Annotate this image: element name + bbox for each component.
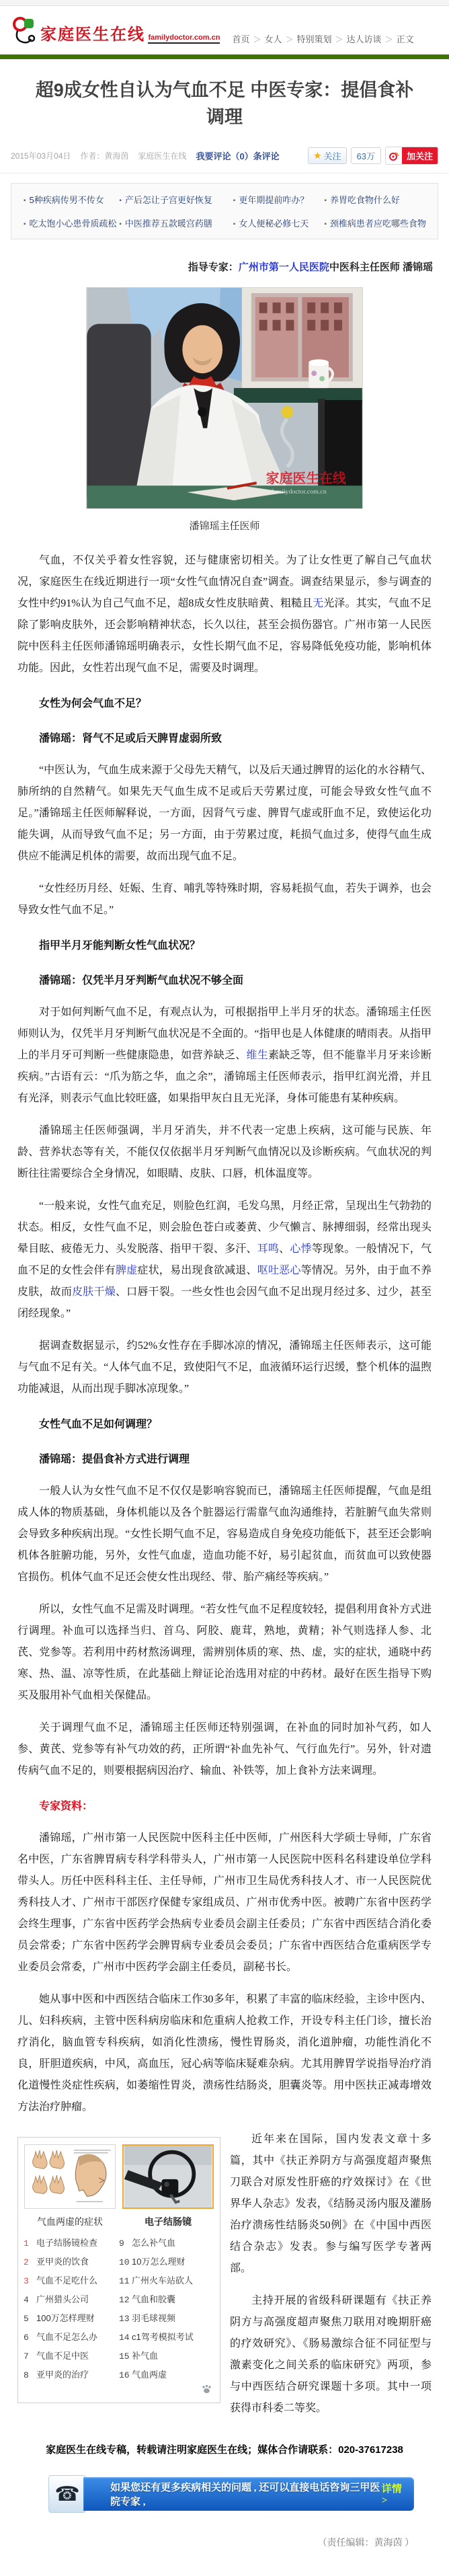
thumbnail-caption: 电子结肠镜 — [122, 2212, 214, 2228]
related-link[interactable]: 中医推荐五款暖宫药膳 — [119, 217, 233, 229]
editor-credit: （责任编辑：黄海茵 ） — [17, 2513, 432, 2576]
text: 、 — [279, 1243, 290, 1255]
label: 100万怎样理财 — [36, 2313, 95, 2323]
label: 亚甲炎的饮食 — [36, 2257, 89, 2267]
follower-count-badge[interactable]: 63万 — [351, 147, 381, 164]
hot-list-column-1: 1电子结肠镜检查 2亚甲炎的饮食 3气血不足吃什么 4广州猎头公司 5100万怎… — [24, 2234, 119, 2384]
paragraph: “一般来说，女性气血充足，则脸色红润，毛发乌黑，月经正常，呈现出生气勃勃的状态。… — [17, 1196, 432, 1325]
breadcrumb-women[interactable]: 女人 — [264, 34, 282, 44]
weibo-follow-button[interactable]: 加关注 — [385, 147, 438, 165]
browser-top-strip — [0, 0, 449, 6]
article-body: 气血，不仅关乎着女性容貌，还与健康密切相关。为了让女性更了解自己气血状况，家庭医… — [0, 535, 449, 2576]
publish-date: 2015年03月04日 — [11, 150, 71, 161]
label: 羽毛球视频 — [132, 2313, 175, 2323]
label: 广州火车站砍人 — [132, 2275, 193, 2286]
breadcrumb-separator: ＞ — [335, 35, 343, 44]
breadcrumb-separator: ＞ — [253, 35, 261, 44]
phone-consult-banner[interactable]: ☎ 如果您还有更多疾病相关的问题 , 还可以直接电话咨询三甲医院专家 , 详情> — [48, 2475, 414, 2513]
related-link[interactable]: 吃太饱小心患骨质疏松 — [24, 217, 119, 229]
label: 10万怎么理财 — [132, 2257, 185, 2267]
rank: 11 — [119, 2272, 130, 2290]
label: 气血不足怎么办 — [36, 2332, 97, 2342]
breadcrumb: 首页＞女人＞特别策划＞达人访谈＞正文 — [232, 32, 413, 49]
label: 气血不足中医 — [36, 2351, 89, 2361]
hot-list-column-2: 9怎么补气血 1010万怎么理财 11广州火车站砍人 12气血和胶囊 13羽毛球… — [119, 2234, 214, 2384]
label: 电子结肠镜检查 — [36, 2238, 97, 2248]
doctor-photo: 家庭医生在线 familydoctor.com.cn — [86, 287, 363, 509]
social-buttons: ★关注 63万 加关注 — [308, 147, 438, 165]
source: 家庭医生在线 — [138, 150, 186, 161]
section-heading: 女性气血不足如何调理？ — [17, 1415, 432, 1435]
logo-domain: familydoctor.com.cn — [148, 34, 220, 44]
paragraph: 据调查数据显示，约52%女性存在手脚冰凉的情况，潘锦瑶主任医师表示，这可能与气血… — [17, 1335, 432, 1400]
paragraph: 气血，不仅关乎着女性容貌，还与健康密切相关。为了让女性更了解自己气血状况，家庭医… — [17, 550, 432, 679]
author: 作者：黄海茵 — [80, 150, 128, 161]
rank: 1 — [24, 2234, 34, 2253]
site-header: 家庭医生在线 familydoctor.com.cn 首页＞女人＞特别策划＞达人… — [0, 6, 449, 54]
hot-item[interactable]: 9怎么补气血 — [119, 2234, 214, 2253]
rank: 14 — [119, 2329, 130, 2347]
label: c1驾考模拟考试 — [132, 2332, 194, 2342]
rank: 16 — [119, 2366, 130, 2384]
copyright-note: 家庭医生在线专稿，转载请注明家庭医生在线；媒体合作请联系：020-3761723… — [17, 2430, 432, 2460]
section-subheading: 潘锦瑶：肾气不足或后天脾胃虚弱所致 — [17, 729, 432, 749]
rank: 13 — [119, 2310, 130, 2328]
rank: 5 — [24, 2310, 34, 2328]
comment-link[interactable]: 我要评论（0）条评论 — [196, 149, 279, 162]
photo-caption: 潘锦瑶主任医师 — [0, 509, 449, 535]
section-heading: 女性为何会气血不足？ — [17, 694, 432, 714]
hot-item[interactable]: 16气血两虚 — [119, 2366, 214, 2384]
paragraph: 她从事中医和中西医结合临床工作30多年，积累了丰富的临床经验，主诊中医内、儿、妇… — [17, 1989, 432, 2118]
section-subheading: 潘锦瑶：提倡食补方式进行调理 — [17, 1450, 432, 1470]
related-link[interactable]: 5种疾病传男不传女 — [24, 193, 119, 206]
breadcrumb-separator: ＞ — [285, 35, 293, 44]
thumbnail-qixue-symptoms[interactable]: 气血两虚的症状 — [24, 2144, 116, 2228]
paw-icon — [202, 2384, 212, 2394]
inline-link[interactable]: 维生 — [247, 1050, 268, 1061]
label: 广州猎头公司 — [36, 2294, 89, 2304]
widget-thumbnails: 气血两虚的症状 电子结肠镜 — [24, 2144, 214, 2228]
banner-detail-link[interactable]: 详情> — [382, 2481, 405, 2507]
paragraph: 潘锦瑶主任医师强调，半月牙消失，并不代表一定患上疾病，这可能与民族、年龄、营养状… — [17, 1120, 432, 1185]
follow-label: 关注 — [324, 149, 341, 162]
paragraph: 对于如何判断气血不足，有观点认为，可根据指甲上半月牙的状态。潘锦瑶主任医师则认为… — [17, 1002, 432, 1109]
svg-text:家庭医生在线: 家庭医生在线 — [266, 471, 346, 486]
rank: 10 — [119, 2253, 130, 2271]
page-title: 超9成女性自认为气血不足 中医专家：提倡食补调理 — [0, 59, 449, 137]
paragraph: 一般人认为女性气血不足不仅仅是影响容貌而已，潘锦瑶主任医师提醒，气血是组成人体的… — [17, 1481, 432, 1588]
related-link[interactable]: 颈椎病患者应吃哪些食物 — [324, 217, 434, 229]
site-logo[interactable]: 家庭医生在线 familydoctor.com.cn — [11, 16, 220, 49]
paragraph: “中医认为，气血生成来源于父母先天精气，以及后天通过脾胃的运化的水谷精气、肺所纳… — [17, 760, 432, 867]
hot-search-widget: 气血两虚的症状 电子结肠镜 1电子结肠镜检查 2亚甲炎的饮食 3气血不 — [17, 2137, 220, 2403]
hot-item[interactable]: 1电子结肠镜检查 — [24, 2234, 119, 2253]
related-link[interactable]: 更年期提前咋办？ — [233, 193, 325, 206]
expert-prefix: 指导专家： — [188, 262, 239, 273]
hot-item[interactable]: 14c1驾考模拟考试 — [119, 2328, 214, 2347]
thumbnail-colonoscope[interactable]: 电子结肠镜 — [122, 2144, 214, 2228]
rank: 12 — [119, 2291, 130, 2309]
stethoscope-logo-icon — [11, 16, 38, 49]
paragraph: 所以，女性气血不足需及时调理。“若女性气血不足程度较轻，提倡利用食补方式进行调理… — [17, 1599, 432, 1707]
expert-byline: 指导专家：广州市第一人民医院中医科主任医师 潘锦瑶 — [0, 251, 449, 278]
hot-item[interactable]: 3气血不足吃什么 — [24, 2271, 119, 2290]
related-link[interactable]: 产后怎让子宫更好恢复 — [119, 193, 233, 206]
inline-link[interactable]: 皮肤干燥 — [72, 1286, 116, 1298]
rank: 6 — [24, 2329, 34, 2347]
thumbnail-caption: 气血两虚的症状 — [24, 2212, 116, 2228]
section-subheading: 潘锦瑶：仅凭半月牙判断气血状况不够全面 — [17, 971, 432, 991]
hot-item[interactable]: 12气血和胶囊 — [119, 2290, 214, 2309]
rank: 8 — [24, 2366, 34, 2384]
hot-item[interactable]: 7气血不足中医 — [24, 2347, 119, 2366]
label: 怎么补气血 — [132, 2238, 175, 2248]
telephone-icon: ☎ — [48, 2475, 86, 2513]
inline-link[interactable]: 无 — [313, 598, 323, 609]
label: 气血两虚 — [132, 2370, 167, 2380]
weibo-follow-label: 加关注 — [402, 147, 438, 164]
hot-item[interactable]: 8亚甲炎的治疗 — [24, 2366, 119, 2384]
paragraph: 关于调理气血不足，潘锦瑶主任医师还特别强调，在补血的同时加补气药，如人参、黄芪、… — [17, 1717, 432, 1782]
rank: 7 — [24, 2347, 34, 2366]
hot-search-list: 1电子结肠镜检查 2亚甲炎的饮食 3气血不足吃什么 4广州猎头公司 5100万怎… — [24, 2234, 214, 2384]
follow-button[interactable]: ★关注 — [308, 147, 347, 164]
hot-item[interactable]: 4广州猎头公司 — [24, 2290, 119, 2309]
breadcrumb-separator: ＞ — [385, 35, 393, 44]
label: 补气血 — [132, 2351, 158, 2361]
breadcrumb-special[interactable]: 特别策划 — [297, 34, 332, 44]
hospital-link[interactable]: 广州市第一人民医院 — [239, 262, 329, 273]
breadcrumb-current: 正文 — [397, 34, 414, 44]
widget-footer — [24, 2384, 214, 2398]
svg-text:familydoctor.com.cn: familydoctor.com.cn — [272, 488, 327, 496]
breadcrumb-home[interactable]: 首页 — [232, 34, 249, 44]
divider — [0, 173, 449, 173]
hot-item[interactable]: 1010万怎么理财 — [119, 2253, 214, 2271]
banner-text: 如果您还有更多疾病相关的问题 , 还可以直接电话咨询三甲医院专家 , — [110, 2480, 382, 2508]
logo-title: 家庭医生在线 — [40, 26, 145, 44]
breadcrumb-interview[interactable]: 达人访谈 — [347, 34, 382, 44]
label: 气血不足吃什么 — [36, 2275, 97, 2286]
weibo-eye-icon — [386, 147, 402, 164]
inline-link[interactable]: 心悸 — [290, 1243, 311, 1255]
expert-suffix: 中医科主任医师 潘锦瑶 — [329, 262, 433, 273]
star-icon: ★ — [313, 150, 322, 161]
hot-item[interactable]: 5100万怎样理财 — [24, 2309, 119, 2328]
section-heading: 指甲半月牙能判断女性气血状况？ — [17, 936, 432, 956]
banner-bar: 如果您还有更多疾病相关的问题 , 还可以直接电话咨询三甲医院专家 , 详情> — [83, 2477, 414, 2511]
rank: 3 — [24, 2272, 34, 2290]
inline-link[interactable]: 耳鸣 — [257, 1243, 279, 1255]
label: 气血和胶囊 — [132, 2294, 175, 2304]
related-link[interactable]: 养胃吃食物什么好 — [324, 193, 434, 206]
qixue-symptom-image — [24, 2144, 116, 2209]
hot-item[interactable]: 13羽毛球视频 — [119, 2309, 214, 2328]
hot-item[interactable]: 2亚甲炎的饮食 — [24, 2253, 119, 2271]
text: 症状，易出现食欲减退、 — [137, 1265, 257, 1276]
related-links-box: 5种疾病传男不传女 产后怎让子宫更好恢复 更年期提前咋办？ 养胃吃食物什么好 吃… — [11, 183, 438, 239]
paragraph: “女性经历月经、妊娠、生育、哺乳等特殊时期，容易耗损气血，若失于调养，也会导致女… — [17, 878, 432, 921]
green-divider-bar — [0, 54, 449, 59]
related-link[interactable]: 女人便秘必修七天 — [233, 217, 325, 229]
label: 亚甲炎的治疗 — [36, 2370, 89, 2380]
rank: 15 — [119, 2347, 130, 2366]
article-meta: 2015年03月04日 作者：黄海茵 家庭医生在线 我要评论（0）条评论 ★关注… — [0, 137, 449, 173]
doctor-photo-figure: 家庭医生在线 familydoctor.com.cn 潘锦瑶主任医师 — [0, 278, 449, 535]
hot-item[interactable]: 15补气血 — [119, 2347, 214, 2366]
rank: 2 — [24, 2253, 34, 2271]
hot-item[interactable]: 11广州火车站砍人 — [119, 2271, 214, 2290]
inline-link[interactable]: 呕吐恶心 — [257, 1265, 301, 1276]
hot-item[interactable]: 6气血不足怎么办 — [24, 2328, 119, 2347]
rank: 4 — [24, 2291, 34, 2309]
colonoscope-image — [122, 2144, 214, 2209]
rank: 9 — [119, 2234, 130, 2253]
inline-link[interactable]: 脾虚 — [116, 1265, 137, 1276]
expert-info-heading: 专家资料： — [17, 1797, 432, 1817]
paragraph: 潘锦瑶，广州市第一人民医院中医科主任中医师，广州医科大学硕士导师，广东省名中医，… — [17, 1828, 432, 1978]
